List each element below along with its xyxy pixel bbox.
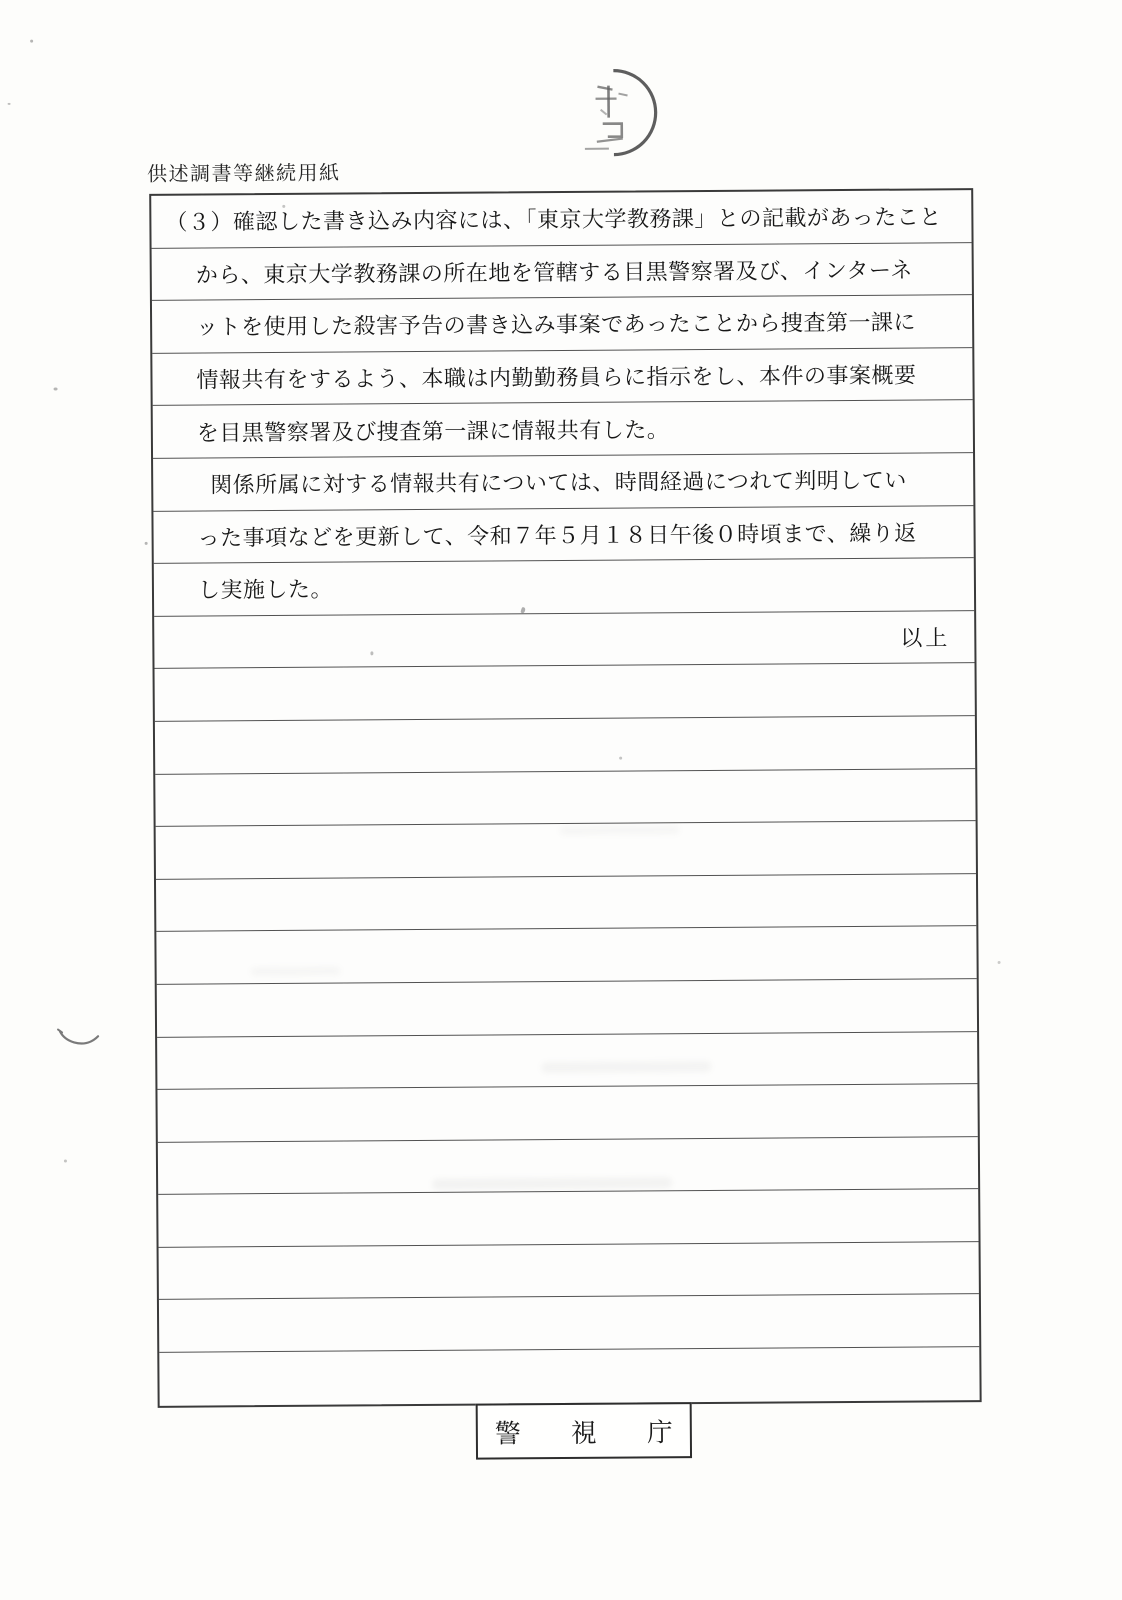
scan-speck: [30, 40, 33, 43]
ruled-row: [157, 979, 977, 1037]
statement-line: から、東京大学教務課の所在地を管轄する目黒警察署及び、インターネ: [196, 253, 913, 289]
scan-speck: [54, 388, 58, 391]
scan-speck: [370, 651, 373, 655]
ruled-row: [155, 769, 975, 827]
ruled-row: [155, 663, 975, 721]
statement-line: 関係所属に対する情報共有については、時間経過につれて判明してい: [210, 464, 907, 500]
police-agency-label: 警視庁: [495, 1411, 723, 1450]
partial-circular-seal-stamp: [566, 65, 661, 160]
ruled-row: [159, 1295, 979, 1353]
police-agency-box: 警視庁: [476, 1402, 692, 1460]
ruled-row: [158, 1189, 978, 1247]
scan-speck: [282, 205, 285, 208]
ruled-row: [159, 1242, 979, 1300]
ruled-row: [159, 1347, 979, 1405]
statement-line: 情報共有をするよう、本職は内勤勤務員らに指示をし、本件の事案概要: [196, 359, 916, 395]
statement-line: を目黒警察署及び捜査第一課に情報共有した。: [197, 413, 670, 447]
ruled-row: [156, 874, 976, 932]
bleed-through-smudge: [541, 1061, 711, 1073]
ruled-row: [157, 1032, 977, 1090]
statement-line: し実施した。: [198, 573, 333, 605]
bleed-through-smudge: [432, 1177, 672, 1190]
statement-line: ットを使用した殺害予告の書き込み事案であったことから捜査第一課に: [196, 306, 916, 342]
ruled-row: から、東京大学教務課の所在地を管轄する目黒警察署及び、インターネ: [152, 243, 972, 301]
ruled-row: し実施した。: [154, 558, 974, 616]
ruled-row: を目黒警察署及び捜査第一課に情報共有した。: [153, 400, 973, 458]
ruled-row: [157, 1084, 977, 1142]
scan-speck: [145, 542, 148, 545]
ruled-row: [156, 926, 976, 984]
statement-line: った事項などを更新して、令和７年５月１８日午後０時頃まで、繰り返: [197, 516, 916, 552]
scan-speck: [64, 1159, 67, 1162]
scan-speck: [619, 757, 622, 760]
form-title: 供述調書等継続用紙: [147, 157, 341, 187]
handwritten-curve-mark: [53, 1017, 109, 1057]
statement-ruled-area: （３）確認した書き込み内容には、「東京大学教務課」との記載があったことから、東京…: [149, 188, 981, 1407]
scan-speck: [8, 103, 11, 105]
ruled-row: （３）確認した書き込み内容には、「東京大学教務課」との記載があったこと: [151, 190, 971, 248]
bleed-through-smudge: [560, 825, 680, 835]
scan-speck: [998, 961, 1001, 964]
ruled-row: った事項などを更新して、令和７年５月１８日午後０時頃まで、繰り返: [153, 506, 973, 564]
ruled-row: 関係所属に対する情報共有については、時間経過につれて判明してい: [153, 453, 973, 511]
statement-continuation-sheet: 供述調書等継続用紙 （３）確認した書き込み内容には、「東京大学教務課」との記載が…: [0, 0, 1122, 1600]
ruled-row: 情報共有をするよう、本職は内勤勤務員らに指示をし、本件の事案概要: [152, 348, 972, 406]
ruled-row: [155, 716, 975, 774]
statement-line: 以上: [900, 621, 950, 652]
ruled-row: 以上: [154, 611, 974, 669]
ruled-row: ットを使用した殺害予告の書き込み事案であったことから捜査第一課に: [152, 295, 972, 353]
bleed-through-smudge: [251, 967, 341, 977]
